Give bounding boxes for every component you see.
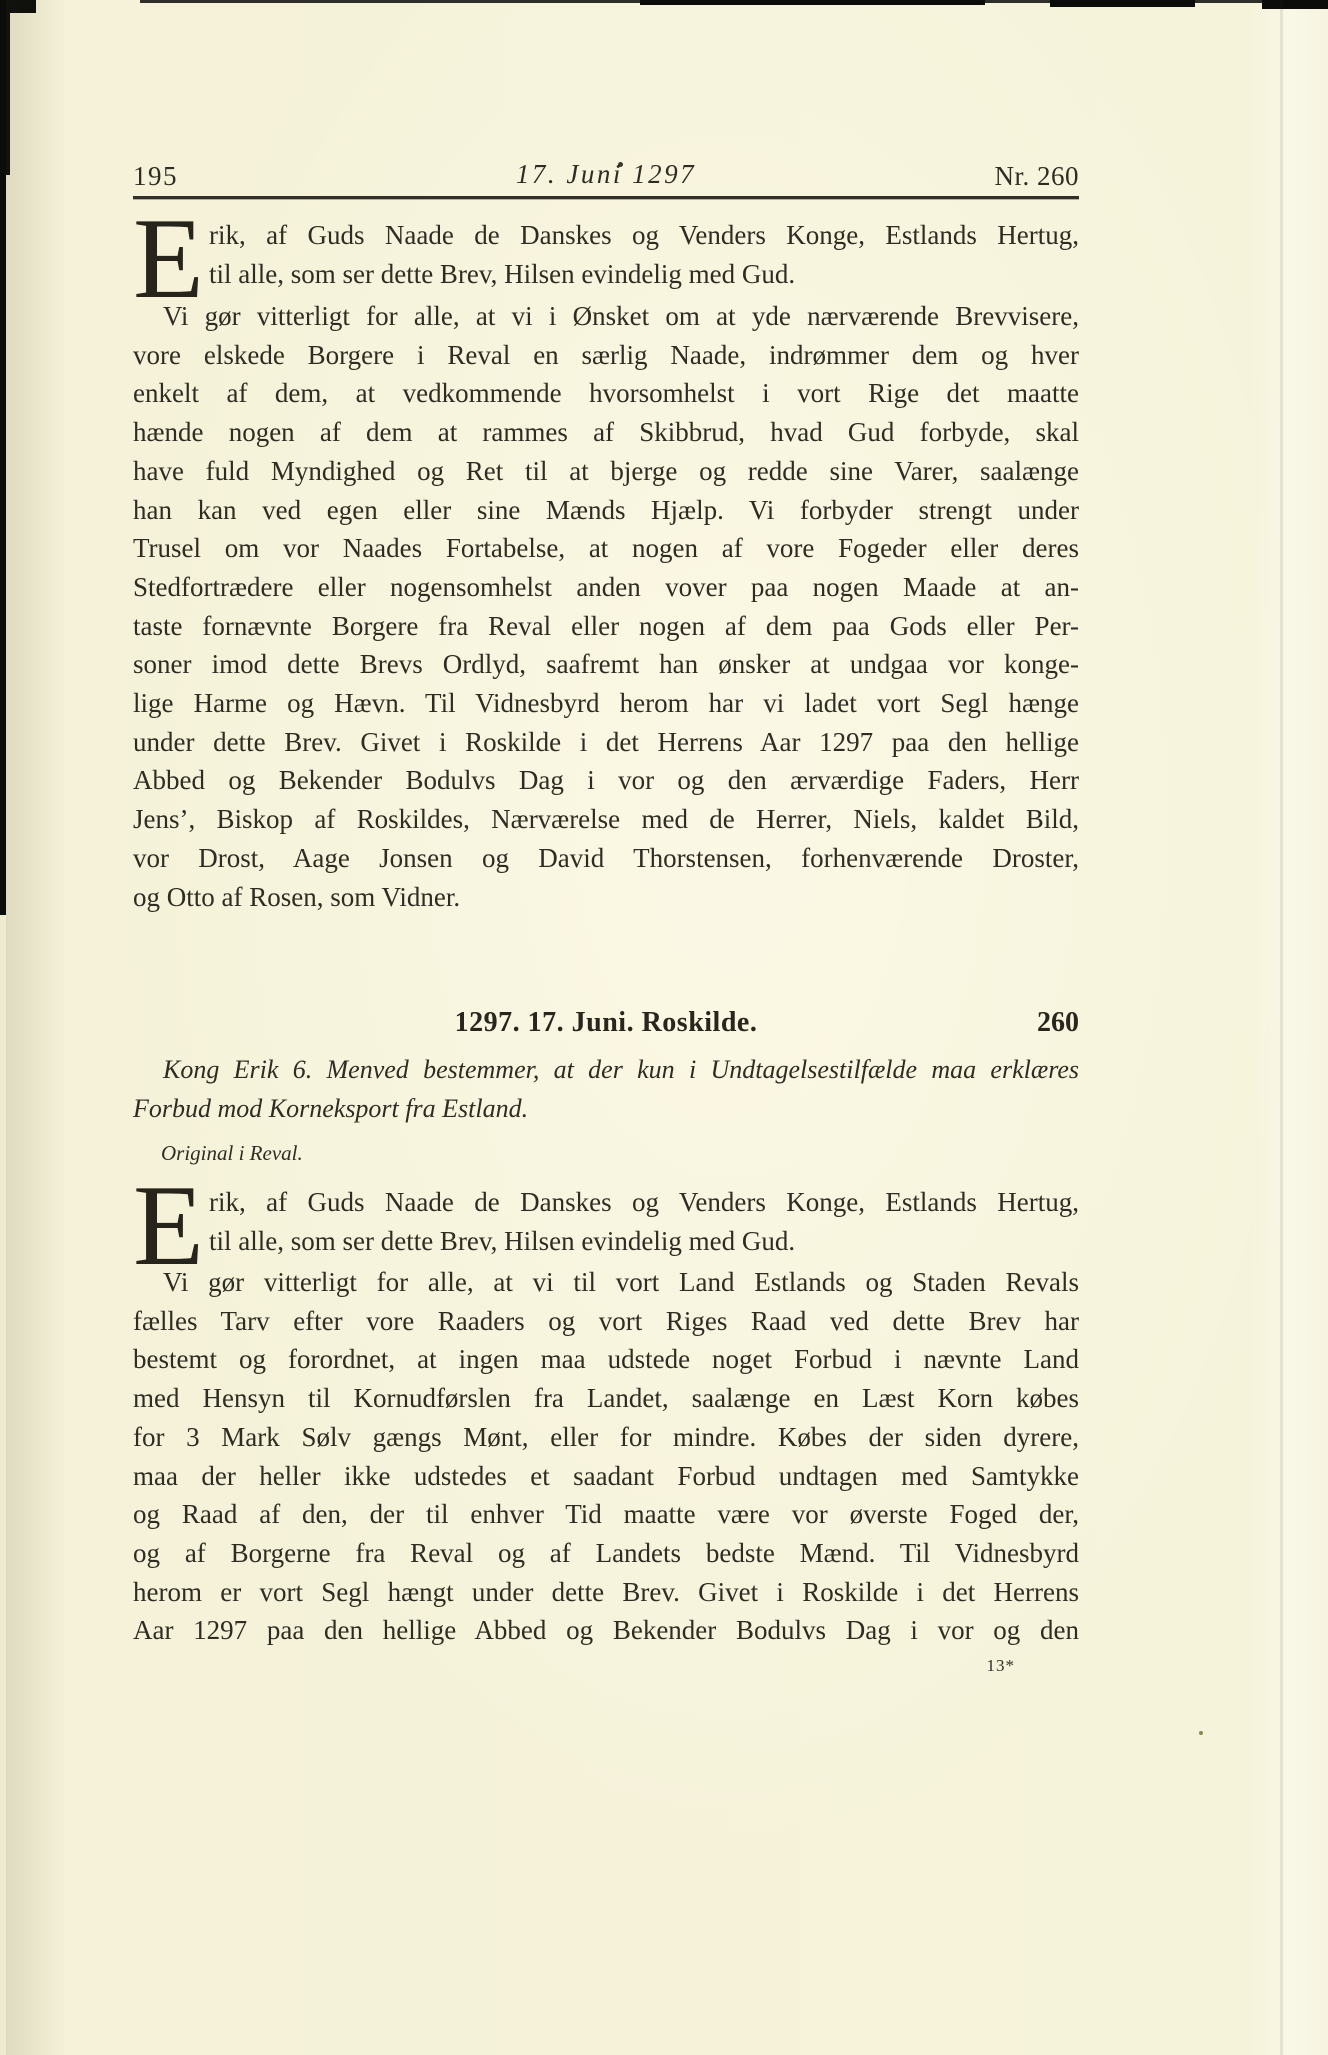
running-title: 17. Juni 1297 (133, 159, 1079, 189)
doc1-line: Jens’, Biskop af Roskildes, Nærværelse m… (133, 800, 1079, 839)
page-crease (1280, 0, 1283, 2055)
scan-edge-top-segment (640, 0, 985, 5)
doc1-line: Vi gør vitterligt for alle, at vi i Ønsk… (133, 297, 1079, 336)
doc1-line: hænde nogen af dem at rammes af Skibbrud… (133, 413, 1079, 452)
doc1-line: enkelt af dem, at vedkommende hvorsomhel… (133, 374, 1079, 413)
doc2-line: bestemt og forordnet, at ingen maa udste… (133, 1340, 1079, 1379)
doc1-line: under dette Brev. Givet i Roskilde i det… (133, 723, 1079, 762)
doc1-line: lige Harme og Hævn. Til Vidnesbyrd herom… (133, 684, 1079, 723)
doc1-body: Vi gør vitterligt for alle, at vi i Ønsk… (133, 297, 1079, 916)
doc2-line: og af Borgerne fra Reval og af Landets b… (133, 1534, 1079, 1573)
doc2-body: Vi gør vitterligt for alle, at vi til vo… (133, 1263, 1079, 1650)
doc1-opening: rik, af Guds Naade de Danskes og Venders… (209, 216, 1079, 293)
doc2-line: med Hensyn til Kornudførslen fra Landet,… (133, 1379, 1079, 1418)
running-number: Nr. 260 (995, 161, 1080, 191)
entry-summary-line: Forbud mod Korneksport fra Estland. (133, 1089, 1079, 1128)
doc2-line: og Raad af den, der til enhver Tid maatt… (133, 1495, 1079, 1534)
book-page: 195 17. Juni 1297 Nr. 260 E rik, af Guds… (0, 0, 1328, 2055)
running-head: 195 17. Juni 1297 Nr. 260 (133, 161, 1079, 193)
doc2-line: for 3 Mark Sølv gængs Mønt, eller for mi… (133, 1418, 1079, 1457)
scan-edge-top-segment (1050, 0, 1195, 7)
doc2-line: fælles Tarv efter vore Raaders og vort R… (133, 1302, 1079, 1341)
doc1-line: vor Drost, Aage Jonsen og David Thorsten… (133, 839, 1079, 878)
doc2-line: maa der heller ikke udstedes et saadant … (133, 1457, 1079, 1496)
paper-speck (1199, 1731, 1203, 1735)
gutter-shadow (6, 0, 66, 2055)
signature-mark: 13* (133, 1656, 1079, 1676)
doc2-line: Vi gør vitterligt for alle, at vi til vo… (133, 1263, 1079, 1302)
doc2-line: Aar 1297 paa den hellige Abbed og Bekend… (133, 1611, 1079, 1650)
doc1-line: taste fornævnte Borgere fra Reval eller … (133, 607, 1079, 646)
doc1-line: Stedfortrædere eller nogensomhelst anden… (133, 568, 1079, 607)
doc1-line: han kan ved egen eller sine Mænds Hjælp.… (133, 491, 1079, 530)
doc1-line: og Otto af Rosen, som Vidner. (133, 878, 1079, 917)
entry-number: 260 (1037, 1006, 1079, 1040)
entry-heading-row: 1297. 17. Juni. Roskilde. 260 (133, 1006, 1079, 1040)
entry-summary: Kong Erik 6. Menved bestemmer, at der ku… (133, 1050, 1079, 1128)
doc1-line: Abbed og Bekender Bodulvs Dag i vor og d… (133, 761, 1079, 800)
doc2-line: herom er vort Segl hængt under dette Bre… (133, 1573, 1079, 1612)
doc2-opening: rik, af Guds Naade de Danskes og Venders… (209, 1183, 1079, 1260)
entry-heading: 1297. 17. Juni. Roskilde. (133, 1006, 1079, 1040)
doc1-opening-line: til alle, som ser dette Brev, Hilsen evi… (209, 255, 1079, 294)
doc1-line: soner imod dette Brevs Ordlyd, saafremt … (133, 645, 1079, 684)
doc1-line: Trusel om vor Naades Fortabelse, at noge… (133, 529, 1079, 568)
doc1-line: vore elskede Borgere i Reval en særlig N… (133, 336, 1079, 375)
header-rule (133, 196, 1079, 199)
doc1-line: have fuld Myndighed og Ret til at bjerge… (133, 452, 1079, 491)
entry-source: Original i Reval. (133, 1141, 1079, 1166)
doc1-opening-line: rik, af Guds Naade de Danskes og Venders… (209, 216, 1079, 255)
doc2-opening-line: rik, af Guds Naade de Danskes og Venders… (209, 1183, 1079, 1222)
scan-edge-top-segment (1262, 0, 1328, 9)
doc2-opening-line: til alle, som ser dette Brev, Hilsen evi… (209, 1222, 1079, 1261)
entry-summary-line: Kong Erik 6. Menved bestemmer, at der ku… (133, 1050, 1079, 1089)
